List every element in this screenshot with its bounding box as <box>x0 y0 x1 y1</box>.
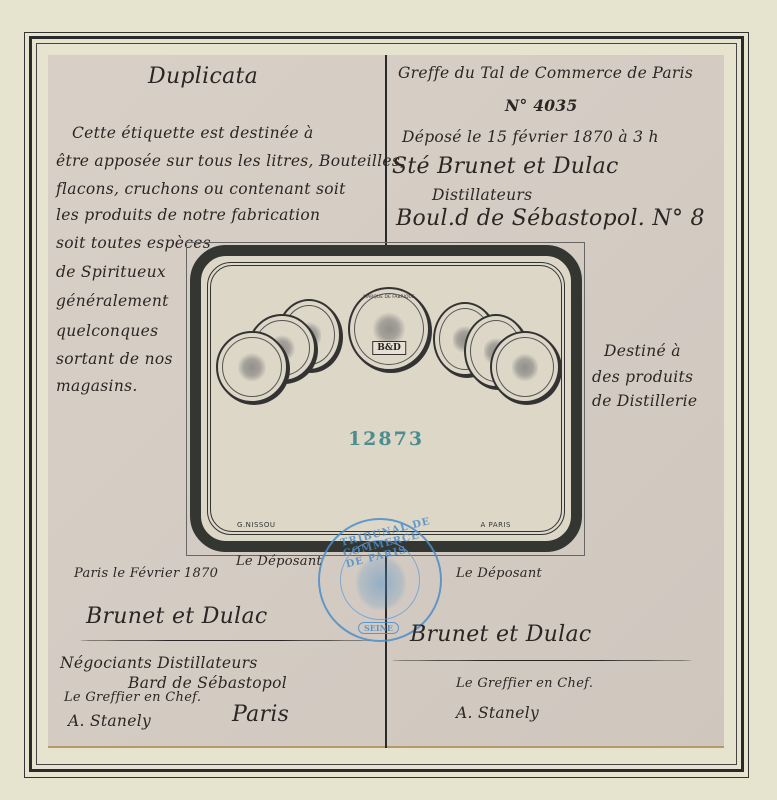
left-text-line: les produits de notre fabrication <box>56 206 320 224</box>
trademark-label: MARQUE DE FABRIQUE B&D 12873 G.NISSOU A … <box>190 245 582 552</box>
left-text-line: Cette étiquette est destinée à <box>72 124 314 142</box>
clerk-signature-right: A. Stanely <box>456 704 539 722</box>
depositor-caption-left: Le Déposant <box>236 554 322 569</box>
medal-legend: MARQUE DE FABRIQUE <box>350 295 428 300</box>
label-serial-number: 12873 <box>201 428 571 450</box>
duplicata-heading: Duplicata <box>148 64 258 89</box>
clerk-signature-left: A. Stanely <box>68 712 151 730</box>
medal-trademark: MARQUE DE FABRIQUE B&D <box>348 287 430 371</box>
left-text-line: être apposée sur tous les litres, Boutei… <box>56 152 405 170</box>
depositor-caption-right: Le Déposant <box>456 566 542 581</box>
clerk-title-right: Le Greffier en Chef. <box>456 676 593 691</box>
purpose-line: des produits <box>592 368 693 386</box>
medal-havre <box>216 331 288 403</box>
company-name: Sté Brunet et Dulac <box>392 154 619 179</box>
monogram: B&D <box>372 341 406 355</box>
stamp-region: SEINE <box>358 622 399 634</box>
company-profession: Distillateurs <box>432 186 532 204</box>
deposit-date: Déposé le 15 février 1870 à 3 h <box>402 128 659 146</box>
double-portrait-icon <box>512 352 538 383</box>
left-text-line: quelconques <box>56 322 158 340</box>
deposit-number: N° 4035 <box>505 96 578 115</box>
purpose-line: Destiné à <box>604 342 681 360</box>
signature-flourish <box>80 640 370 641</box>
footer-city: Paris <box>232 702 289 727</box>
left-text-line: de Spiritueux <box>56 263 166 281</box>
footer-profession: Négociants Distillateurs <box>60 654 258 672</box>
engraver-city: A PARIS <box>481 521 511 529</box>
signature-flourish <box>392 660 692 661</box>
medal-emperor-prince <box>490 331 560 403</box>
purpose-line: de Distillerie <box>592 392 697 410</box>
registry-heading: Greffe du Tal de Commerce de Paris <box>398 64 693 82</box>
medal-crest-icon <box>238 352 265 383</box>
left-text-line: magasins. <box>56 377 138 395</box>
clerk-title-left: Le Greffier en Chef. <box>64 690 201 705</box>
footer-date-line: Paris le Février 1870 <box>74 566 218 581</box>
signature-left: Brunet et Dulac <box>86 604 268 629</box>
left-text-line: sortant de nos <box>56 350 173 368</box>
company-address: Boul.d de Sébastopol. N° 8 <box>396 206 705 231</box>
eagle-icon <box>356 556 406 610</box>
signature-right: Brunet et Dulac <box>410 622 592 647</box>
left-text-line: généralement <box>56 292 169 310</box>
engraver-name: G.NISSOU <box>237 521 275 529</box>
left-text-line: flacons, cruchons ou contenant soit <box>56 180 346 198</box>
